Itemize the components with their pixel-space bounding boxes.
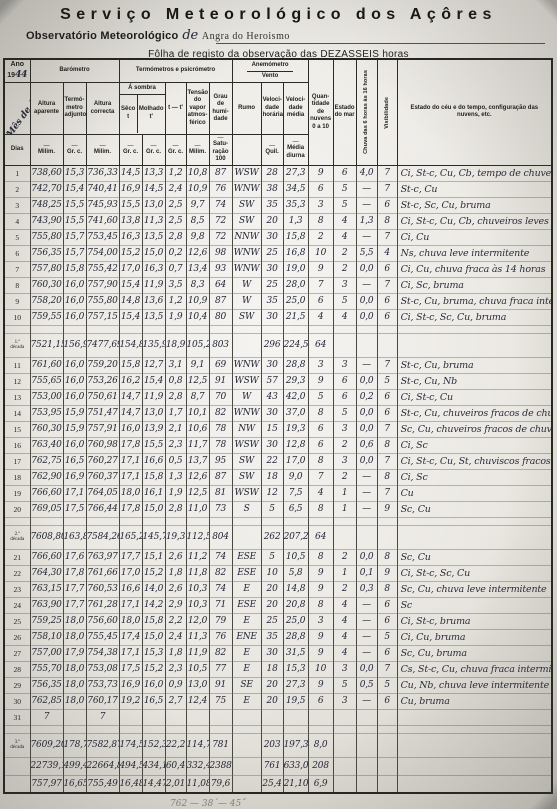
cell-aparente: 7521,15: [30, 333, 63, 357]
unit-label: Gr. c.: [167, 144, 185, 157]
cell-tt: 0,7: [165, 261, 186, 277]
cell-grau: 78: [209, 437, 232, 453]
cell-seco: 17,4: [119, 629, 142, 645]
cell-adjunto: 16,0: [63, 309, 86, 325]
cell-molhado: 15,8: [142, 613, 165, 629]
cell-velh: 262: [261, 525, 283, 549]
cell-adjunto: 16,5: [63, 453, 86, 469]
cell-velh: 38: [261, 181, 283, 197]
cell-grau: 64: [209, 277, 232, 293]
cell-rumo: W: [232, 293, 261, 309]
cell-nuvens: 64: [308, 333, 333, 357]
cell-velh: 57: [261, 373, 283, 389]
cell-grau: 70: [209, 389, 232, 405]
cell-obs: St-c, Cu, Nb: [397, 373, 552, 389]
cell-tensao: 10,9: [186, 293, 209, 309]
cell-grau: 87: [209, 293, 232, 309]
cell-aparente: 756,35: [30, 677, 63, 693]
cell-nuvens: 6: [308, 437, 333, 453]
cell-aparente: [30, 325, 63, 333]
cell-velm: 16,8: [283, 245, 308, 261]
cell-velm: 197,3: [283, 733, 308, 757]
observation-row: 8760,3016,0757,9015,411,93,58,364W2528,0…: [4, 277, 552, 293]
cell-visib: 8: [377, 437, 397, 453]
cell-tensao: 105,2: [186, 333, 209, 357]
cell-grau: 73: [209, 501, 232, 517]
cell-tensao: 10,3: [186, 581, 209, 597]
cell-visib: [377, 325, 397, 333]
cell-velm: 28,8: [283, 357, 308, 373]
cell-velm: 19,3: [283, 421, 308, 437]
cell-nuvens: 8: [308, 453, 333, 469]
cell-tt: 2,4: [165, 181, 186, 197]
observation-row: 3748,2515,5745,9315,513,02,59,774SW3535,…: [4, 197, 552, 213]
cell-velh: 30: [261, 309, 283, 325]
day-cell: 22: [4, 565, 30, 581]
cell-velm: [283, 325, 308, 333]
cell-aparente: 753,00: [30, 389, 63, 405]
cell-tensao: 12,0: [186, 613, 209, 629]
day-cell: 4: [4, 213, 30, 229]
cell-correcta: [86, 725, 119, 733]
year-label: Ano: [10, 61, 24, 68]
cell-seco: 13,8: [119, 213, 142, 229]
cell-grau: 82: [209, 645, 232, 661]
cloud-amount-label: Quan­tidade de nuvens 0 a 10: [310, 94, 331, 130]
cell-grau: 82: [209, 405, 232, 421]
cell-mar: [333, 325, 356, 333]
col-dry-bulb: Sêco t: [120, 95, 138, 133]
cell-velm: 27,3: [283, 165, 308, 181]
cell-velm: 28,8: [283, 629, 308, 645]
cell-chuva: —: [356, 613, 377, 629]
cell-tensao: 8,7: [186, 389, 209, 405]
cell-aparente: 758,10: [30, 629, 63, 645]
cell-chuva: —: [356, 277, 377, 293]
cell-seco: 16,48: [119, 775, 142, 793]
cell-velm: 17,0: [283, 453, 308, 469]
day-cell: 7: [4, 261, 30, 277]
col-sea-state: Estado do mar: [333, 59, 356, 165]
observation-row: 25759,2518,0756,6018,015,82,212,079E2525…: [4, 613, 552, 629]
cell-adjunto: 17,7: [63, 597, 86, 613]
service-title: Serviço Meteorológico dos Açôres: [0, 6, 557, 24]
group-thermometers: Termómetros e psicrómetro: [119, 59, 232, 83]
observation-row: 19766,6017,1764,0518,016,11,912,581WSW12…: [4, 485, 552, 501]
cell-adjunto: 17,8: [63, 565, 86, 581]
cell-tensao: 11,2: [186, 549, 209, 565]
cell-tt: 2,5: [165, 197, 186, 213]
cell-correcta: 757,15: [86, 309, 119, 325]
day-cell: 10: [4, 309, 30, 325]
cell-aparente: 22739,15: [30, 757, 63, 775]
cell-adjunto: 18,0: [63, 629, 86, 645]
cell-velh: 30: [261, 229, 283, 245]
cell-tt: 22,2: [165, 733, 186, 757]
cell-visib: 7: [377, 421, 397, 437]
cell-tensao: [186, 325, 209, 333]
cell-seco: 14,5: [119, 165, 142, 181]
cell-tensao: 11,08: [186, 775, 209, 793]
spacer-row: [4, 325, 552, 333]
observation-row: 18762,9016,9760,3717,115,81,312,687SW189…: [4, 469, 552, 485]
cell-nuvens: 8: [308, 597, 333, 613]
cell-seco: 17,5: [119, 661, 142, 677]
unit-label: Gr. c.: [65, 144, 85, 157]
cell-chuva: 0,0: [356, 421, 377, 437]
cell-seco: 15,4: [119, 309, 142, 325]
cell-velm: 29,3: [283, 373, 308, 389]
cell-aparente: 742,70: [30, 181, 63, 197]
cell-grau: [209, 709, 232, 725]
cell-velh: 35: [261, 293, 283, 309]
cell-grau: 72: [209, 229, 232, 245]
cell-rumo: WSW: [232, 437, 261, 453]
in-shade-label: Á sombra: [120, 84, 165, 95]
cell-seco: 17,1: [119, 597, 142, 613]
cell-velh: 20: [261, 597, 283, 613]
cell-velm: 34,5: [283, 181, 308, 197]
cell-tensao: 13,4: [186, 261, 209, 277]
cell-grau: 87: [209, 165, 232, 181]
cell-velh: 761: [261, 757, 283, 775]
summary-row: 22739,15499,422664,84494,5434,160,4332,4…: [4, 757, 552, 775]
cell-adjunto: 17,1: [63, 485, 86, 501]
cell-visib: [377, 517, 397, 525]
days-header: Dias: [4, 135, 30, 166]
cell-velh: [261, 325, 283, 333]
cell-molhado: 15,0: [142, 245, 165, 261]
fill-in-rule: [216, 43, 545, 44]
cell-adjunto: 18,0: [63, 661, 86, 677]
cell-rumo: SW: [232, 469, 261, 485]
cell-correcta: 753,08: [86, 661, 119, 677]
cell-grau: 98: [209, 245, 232, 261]
cell-obs: Cu, bruma: [397, 693, 552, 709]
cell-tt: 0,8: [165, 373, 186, 389]
cell-nuvens: 5: [308, 389, 333, 405]
cell-rumo: WNW: [232, 405, 261, 421]
cell-velh: 18: [261, 469, 283, 485]
cell-obs: [397, 709, 552, 725]
cell-velh: 25: [261, 245, 283, 261]
cell-tt: 1,9: [165, 309, 186, 325]
cell-tensao: 12,6: [186, 245, 209, 261]
cell-seco: 15,5: [119, 197, 142, 213]
cell-adjunto: 16,0: [63, 277, 86, 293]
cell-correcta: 760,37: [86, 469, 119, 485]
cell-obs: [397, 757, 552, 775]
cell-velh: 20: [261, 693, 283, 709]
cell-correcta: 760,53: [86, 581, 119, 597]
cell-tensao: 332,4: [186, 757, 209, 775]
cell-aparente: 757,00: [30, 645, 63, 661]
day-cell: 3.ª década: [4, 733, 30, 757]
cell-molhado: 15,1: [142, 549, 165, 565]
cell-rumo: [232, 757, 261, 775]
cell-tt: 2,01: [165, 775, 186, 793]
cell-chuva: 1,3: [356, 213, 377, 229]
observation-row: 12755,6516,0753,2616,215,40,812,591WSW57…: [4, 373, 552, 389]
cell-correcta: 745,93: [86, 197, 119, 213]
cell-visib: 7: [377, 453, 397, 469]
cell-chuva: —: [356, 181, 377, 197]
observation-row: 3177: [4, 709, 552, 725]
cell-molhado: 15,2: [142, 661, 165, 677]
cell-tt: 2,3: [165, 661, 186, 677]
cell-seco: [119, 709, 142, 725]
observation-row: 11761,6016,0759,2015,812,73,19,169WNW302…: [4, 357, 552, 373]
cell-adjunto: 15,9: [63, 421, 86, 437]
cell-adjunto: 18,0: [63, 693, 86, 709]
cell-velm: 42,0: [283, 389, 308, 405]
cell-velh: 20: [261, 677, 283, 693]
cell-tt: 18,9: [165, 333, 186, 357]
cell-correcta: 757,91: [86, 421, 119, 437]
observation-row: 4743,9015,5741,6013,811,32,58,572SW201,3…: [4, 213, 552, 229]
cell-velh: 25: [261, 277, 283, 293]
cell-seco: 17,7: [119, 549, 142, 565]
unit-label: Milim.: [88, 144, 118, 157]
cell-adjunto: 18,0: [63, 613, 86, 629]
cell-tt: [165, 517, 186, 525]
cell-tt: 60,4: [165, 757, 186, 775]
cell-grau: 91: [209, 373, 232, 389]
cell-correcta: 753,26: [86, 373, 119, 389]
cell-correcta: 757,90: [86, 277, 119, 293]
cell-visib: [377, 733, 397, 757]
day-cell: 30: [4, 693, 30, 709]
cell-visib: [377, 709, 397, 725]
cell-molhado: 16,1: [142, 485, 165, 501]
cell-chuva: 0,0: [356, 373, 377, 389]
observation-row: 7757,8015,8755,4217,016,30,713,493WNW301…: [4, 261, 552, 277]
cell-velh: 20: [261, 213, 283, 229]
cell-visib: 4: [377, 245, 397, 261]
observation-row: 23763,1517,7760,5316,614,02,610,374E2014…: [4, 581, 552, 597]
cell-velh: 296: [261, 333, 283, 357]
cell-velh: 30: [261, 261, 283, 277]
cell-grau: 79,6: [209, 775, 232, 793]
cell-velm: [283, 517, 308, 525]
observatory-line: Observatório MeteorológicodeAngra do Her…: [26, 28, 557, 44]
day-cell: [4, 757, 30, 775]
cell-correcta: 751,47: [86, 405, 119, 421]
cell-mar: 3: [333, 661, 356, 677]
unit-label: Milim.: [188, 144, 208, 157]
cell-seco: 17,0: [119, 261, 142, 277]
cell-mar: 4: [333, 229, 356, 245]
col-humidity: Grau de humi­dade: [209, 83, 232, 135]
cell-tt: 2,2: [165, 613, 186, 629]
col-t-minus-t: t — t': [165, 83, 186, 135]
unit-dry: Gr. c.: [119, 135, 142, 166]
cell-chuva: 5,5: [356, 245, 377, 261]
day-cell: [4, 725, 30, 733]
cell-tt: 1,8: [165, 565, 186, 581]
cell-molhado: 16,6: [142, 453, 165, 469]
cell-velh: 35: [261, 197, 283, 213]
cell-molhado: 16,3: [142, 261, 165, 277]
cell-grau: 91: [209, 677, 232, 693]
cell-tt: 2,1: [165, 421, 186, 437]
cell-aparente: 763,90: [30, 597, 63, 613]
cell-mar: 6: [333, 389, 356, 405]
cell-velm: 21,5: [283, 309, 308, 325]
cell-rumo: [232, 733, 261, 757]
wind-label: Vento: [247, 71, 293, 81]
cell-aparente: 7608,80: [30, 525, 63, 549]
cell-adjunto: 16,0: [63, 293, 86, 309]
observation-row: 29756,3518,0753,7316,916,00,913,091SE202…: [4, 677, 552, 693]
cell-grau: 95: [209, 453, 232, 469]
cell-tt: 1,3: [165, 469, 186, 485]
cell-velm: 25,0: [283, 293, 308, 309]
cell-obs: [397, 325, 552, 333]
cell-seco: 154,8: [119, 333, 142, 357]
cell-seco: 14,8: [119, 293, 142, 309]
cell-correcta: 766,44: [86, 501, 119, 517]
cell-aparente: 762,85: [30, 693, 63, 709]
cell-seco: 16,2: [119, 373, 142, 389]
cell-mar: 3: [333, 277, 356, 293]
cell-obs: [397, 525, 552, 549]
cell-tensao: 12,5: [186, 485, 209, 501]
observation-row: 17762,7516,5760,2717,116,60,513,795SW221…: [4, 453, 552, 469]
cell-obs: St-c, Cu: [397, 181, 552, 197]
unit-mean: Média diurna: [283, 135, 308, 166]
cell-grau: 74: [209, 581, 232, 597]
observation-row: 9758,2016,0755,8014,813,61,210,987W3525,…: [4, 293, 552, 309]
cell-seco: 17,0: [119, 565, 142, 581]
cell-tt: 19,3: [165, 525, 186, 549]
cell-obs: Cs, St-c, Cu, chuva fraca intermitente: [397, 661, 552, 677]
cell-molhado: [142, 725, 165, 733]
cell-molhado: 13,0: [142, 197, 165, 213]
cell-aparente: 759,25: [30, 613, 63, 629]
cell-molhado: 11,3: [142, 213, 165, 229]
day-cell: 25: [4, 613, 30, 629]
cell-molhado: 13,5: [142, 229, 165, 245]
cell-correcta: 755,49: [86, 775, 119, 793]
observatory-label: Observatório Meteorológico: [26, 30, 178, 42]
cell-tt: 3,1: [165, 357, 186, 373]
cell-visib: 5: [377, 677, 397, 693]
unit-label: Milim.: [32, 144, 62, 157]
cell-grau: 93: [209, 261, 232, 277]
day-cell: 29: [4, 677, 30, 693]
cell-tt: 1,7: [165, 405, 186, 421]
cell-grau: 72: [209, 213, 232, 229]
cell-obs: Sc, Cu, bruma: [397, 645, 552, 661]
cell-obs: Ci, St-c, bruma: [397, 613, 552, 629]
cell-tt: 1,9: [165, 485, 186, 501]
cell-adjunto: 16,9: [63, 469, 86, 485]
cell-aparente: 755,65: [30, 373, 63, 389]
col-vapour-tension: Tensão do vapor atmos­férico: [186, 83, 209, 135]
cell-seco: 18,0: [119, 485, 142, 501]
day-cell: [4, 775, 30, 793]
unit-label: Quil.: [263, 144, 282, 157]
cell-velh: 43: [261, 389, 283, 405]
cell-adjunto: 16,65: [63, 775, 86, 793]
summary-row: 2.ª década7608,80163,87584,26165,2145,71…: [4, 525, 552, 549]
day-cell: 8: [4, 277, 30, 293]
cell-obs: Ci, St-c, Sc, Cu: [397, 565, 552, 581]
cell-obs: Ci, Sc, bruma: [397, 277, 552, 293]
cell-rumo: WSW: [232, 485, 261, 501]
cell-rumo: WSW: [232, 373, 261, 389]
cell-rumo: S: [232, 501, 261, 517]
cell-rumo: NNW: [232, 229, 261, 245]
cell-nuvens: 9: [308, 373, 333, 389]
cell-nuvens: 6: [308, 293, 333, 309]
cell-rumo: NW: [232, 421, 261, 437]
cell-rumo: ENE: [232, 629, 261, 645]
cell-molhado: 15,2: [142, 565, 165, 581]
cell-rumo: [232, 775, 261, 793]
cell-visib: 7: [377, 165, 397, 181]
cell-correcta: 754,00: [86, 245, 119, 261]
col-rain: Chuva das 6 horas às 16 horas: [356, 59, 377, 165]
day-cell: 1.ª década: [4, 333, 30, 357]
cell-adjunto: 16,0: [63, 357, 86, 373]
cell-tensao: [186, 517, 209, 525]
cell-molhado: 15,5: [142, 437, 165, 453]
cell-tt: 1,8: [165, 645, 186, 661]
cell-correcta: 760,98: [86, 437, 119, 453]
cell-correcta: 7582,87: [86, 733, 119, 757]
cell-tensao: [186, 725, 209, 733]
cell-nuvens: [308, 325, 333, 333]
cell-correcta: 7477,69: [86, 333, 119, 357]
cell-velm: 12,8: [283, 437, 308, 453]
cell-adjunto: 17,6: [63, 549, 86, 565]
cell-obs: St-c, Cu, bruma, chuva fraca intermitent…: [397, 293, 552, 309]
cell-aparente: 757,97: [30, 775, 63, 793]
cell-obs: Ns, chuva leve intermitente: [397, 245, 552, 261]
group-in-shade: Á sombra Sêco t Molhado t': [119, 83, 165, 135]
cell-correcta: 753,73: [86, 677, 119, 693]
cell-velm: 224,5: [283, 333, 308, 357]
cell-grau: 82: [209, 565, 232, 581]
cell-visib: 6: [377, 261, 397, 277]
cell-chuva: [356, 757, 377, 775]
cell-chuva: [356, 775, 377, 793]
cell-correcta: 760,27: [86, 453, 119, 469]
cell-aparente: 743,90: [30, 213, 63, 229]
cell-mar: 4: [333, 309, 356, 325]
cell-tt: 0,2: [165, 245, 186, 261]
unit-label: Gr. c.: [121, 144, 141, 157]
cell-visib: [377, 725, 397, 733]
cell-molhado: 13,6: [142, 293, 165, 309]
cell-nuvens: 9: [308, 629, 333, 645]
cell-chuva: 0,0: [356, 453, 377, 469]
cell-chuva: 0,1: [356, 565, 377, 581]
cell-seco: 174,5: [119, 733, 142, 757]
cell-aparente: 766,60: [30, 549, 63, 565]
observation-row: 30762,8518,0760,1719,216,52,712,475E2019…: [4, 693, 552, 709]
cell-velm: 10,5: [283, 549, 308, 565]
cell-adjunto: 163,8: [63, 525, 86, 549]
cell-tensao: 12,6: [186, 469, 209, 485]
spacer-row: [4, 517, 552, 525]
cell-visib: 5: [377, 629, 397, 645]
day-cell: 12: [4, 373, 30, 389]
cell-mar: 2: [333, 581, 356, 597]
cell-chuva: 0,0: [356, 661, 377, 677]
